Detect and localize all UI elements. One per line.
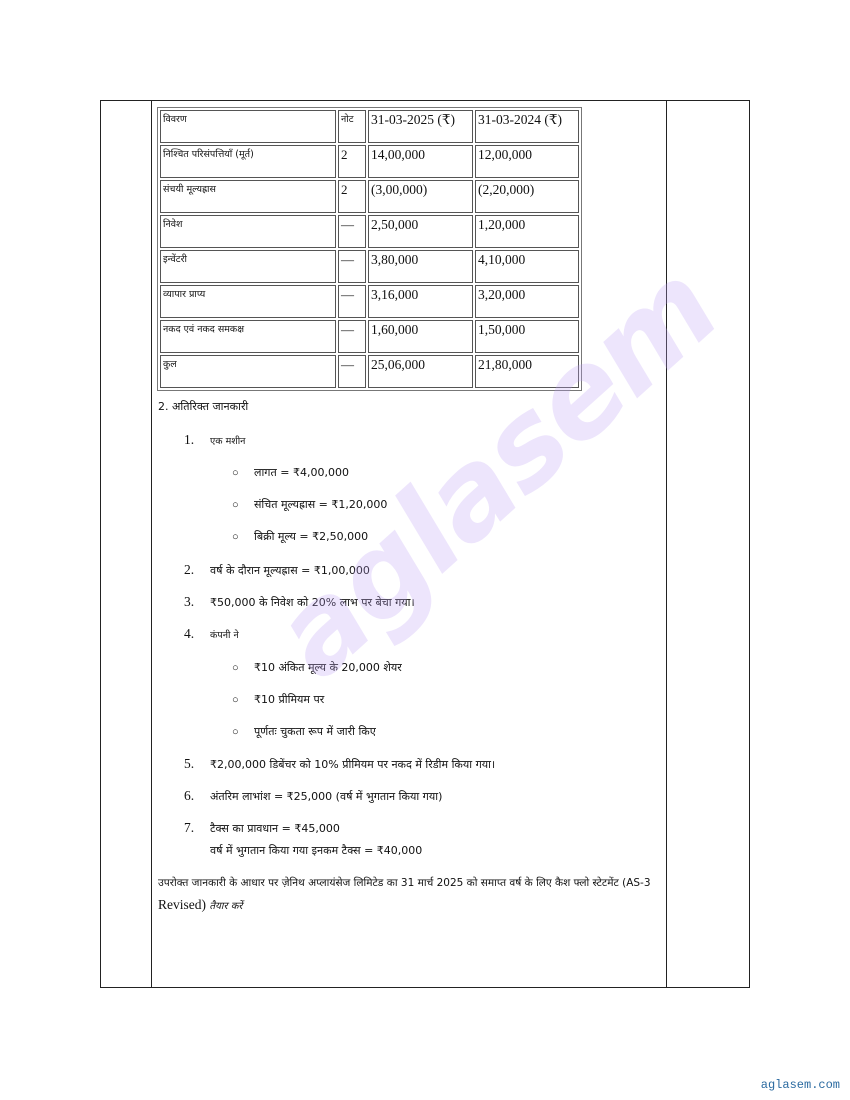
row-2024: 3,20,000 [475,285,579,318]
list-item: 3.₹50,000 के निवेश को 20% लाभ पर बेचा गय… [184,593,415,611]
header-2024: 31-03-2024 (₹) [475,110,579,143]
row-note: 2 [338,145,366,178]
header-particulars: विवरण [160,110,336,143]
sub-text: ₹10 अंकित मूल्य के 20,000 शेयर [254,661,402,674]
circle-bullet-icon: ○ [232,531,254,543]
table-row: निश्चित परिसंपत्तियाँ (मूर्त) 2 14,00,00… [160,145,579,178]
row-2024: 1,20,000 [475,215,579,248]
list-item: 4.कंपनी ने [184,625,239,643]
circle-bullet-icon: ○ [232,662,254,674]
table-header-row: विवरण नोट 31-03-2025 (₹) 31-03-2024 (₹) [160,110,579,143]
table-row: संचयी मूल्यह्रास 2 (3,00,000) (2,20,000) [160,180,579,213]
sub-text: ₹10 प्रीमियम पर [254,693,324,706]
row-2025: 25,06,000 [368,355,473,388]
list-item: 7.टैक्स का प्रावधान = ₹45,000 [184,819,340,837]
additional-info-title: 2. अतिरिक्त जानकारी [158,399,248,414]
question-number-column [101,101,152,987]
list-item: 6.अंतरिम लाभांश = ₹25,000 (वर्ष में भुगत… [184,787,442,805]
list-text: वर्ष के दौरान मूल्यह्रास = ₹1,00,000 [210,564,370,577]
list-marker: 7. [184,820,210,836]
question-instruction: उपरोक्त जानकारी के आधार पर ज़ेनिथ अप्लाय… [158,871,663,918]
footer-site-link[interactable]: aglasem.com [761,1078,840,1092]
row-2024: 4,10,000 [475,250,579,283]
circle-bullet-icon: ○ [232,467,254,479]
sub-list-item: ○लागत = ₹4,00,000 [232,463,349,481]
table-row: व्यापार प्राप्य — 3,16,000 3,20,000 [160,285,579,318]
list-text: ₹2,00,000 डिबेंचर को 10% प्रीमियम पर नकद… [210,758,495,771]
row-2025: 1,60,000 [368,320,473,353]
table-row-total: कुल — 25,06,000 21,80,000 [160,355,579,388]
sub-list-item: ○₹10 प्रीमियम पर [232,690,324,708]
table-row: नकद एवं नकद समकक्ष — 1,60,000 1,50,000 [160,320,579,353]
row-item: संचयी मूल्यह्रास [160,180,336,213]
row-2025: 3,16,000 [368,285,473,318]
question-frame: विवरण नोट 31-03-2025 (₹) 31-03-2024 (₹) … [100,100,750,988]
row-item: निश्चित परिसंपत्तियाँ (मूर्त) [160,145,336,178]
row-2025: 14,00,000 [368,145,473,178]
list-marker: 4. [184,626,210,642]
row-note: — [338,355,366,388]
table-row: निवेश — 2,50,000 1,20,000 [160,215,579,248]
instruction-line2-italic: तैयार करें [209,901,242,912]
sub-text: लागत = ₹4,00,000 [254,466,349,479]
circle-bullet-icon: ○ [232,726,254,738]
row-note: — [338,250,366,283]
row-note: — [338,320,366,353]
list-marker: 2. [184,562,210,578]
list-marker: 3. [184,594,210,610]
row-item: नकद एवं नकद समकक्ष [160,320,336,353]
list-marker: 5. [184,756,210,772]
list-text: टैक्स का प्रावधान = ₹45,000 [210,822,340,835]
row-item: इन्वेंटरी [160,250,336,283]
list-text: वर्ष में भुगतान किया गया इनकम टैक्स = ₹4… [210,844,422,857]
marks-column [666,101,749,987]
sub-list-item: ○पूर्णतः चुकता रूप में जारी किए [232,722,376,740]
row-2025: 3,80,000 [368,250,473,283]
list-item-continuation: वर्ष में भुगतान किया गया इनकम टैक्स = ₹4… [210,841,422,859]
row-item: निवेश [160,215,336,248]
sub-list-item: ○बिक्री मूल्य = ₹2,50,000 [232,527,368,545]
row-2025: 2,50,000 [368,215,473,248]
instruction-line2-prefix: Revised) [158,897,209,912]
list-item: 5.₹2,00,000 डिबेंचर को 10% प्रीमियम पर न… [184,755,495,773]
instruction-line1: उपरोक्त जानकारी के आधार पर ज़ेनिथ अप्लाय… [158,877,651,889]
row-note: — [338,215,366,248]
row-2024: 1,50,000 [475,320,579,353]
list-text: अंतरिम लाभांश = ₹25,000 (वर्ष में भुगतान… [210,790,442,803]
list-text: ₹50,000 के निवेश को 20% लाभ पर बेचा गया। [210,596,415,609]
list-marker: 6. [184,788,210,804]
list-text: एक मशीन [210,436,245,447]
header-note: नोट [338,110,366,143]
sub-text: संचित मूल्यह्रास = ₹1,20,000 [254,498,387,511]
row-note: — [338,285,366,318]
row-2025: (3,00,000) [368,180,473,213]
circle-bullet-icon: ○ [232,499,254,511]
row-item: कुल [160,355,336,388]
list-marker: 1. [184,432,210,448]
circle-bullet-icon: ○ [232,694,254,706]
row-item: व्यापार प्राप्य [160,285,336,318]
header-2025: 31-03-2025 (₹) [368,110,473,143]
balance-sheet-table: विवरण नोट 31-03-2025 (₹) 31-03-2024 (₹) … [157,107,582,391]
row-2024: (2,20,000) [475,180,579,213]
list-text: कंपनी ने [210,630,239,641]
list-item: 1.एक मशीन [184,431,245,449]
row-2024: 21,80,000 [475,355,579,388]
table-row: इन्वेंटरी — 3,80,000 4,10,000 [160,250,579,283]
sub-list-item: ○₹10 अंकित मूल्य के 20,000 शेयर [232,658,402,676]
sub-text: पूर्णतः चुकता रूप में जारी किए [254,725,376,738]
row-2024: 12,00,000 [475,145,579,178]
sub-list-item: ○संचित मूल्यह्रास = ₹1,20,000 [232,495,387,513]
sub-text: बिक्री मूल्य = ₹2,50,000 [254,530,368,543]
row-note: 2 [338,180,366,213]
list-item: 2.वर्ष के दौरान मूल्यह्रास = ₹1,00,000 [184,561,370,579]
question-content-column: विवरण नोट 31-03-2025 (₹) 31-03-2024 (₹) … [152,101,666,987]
